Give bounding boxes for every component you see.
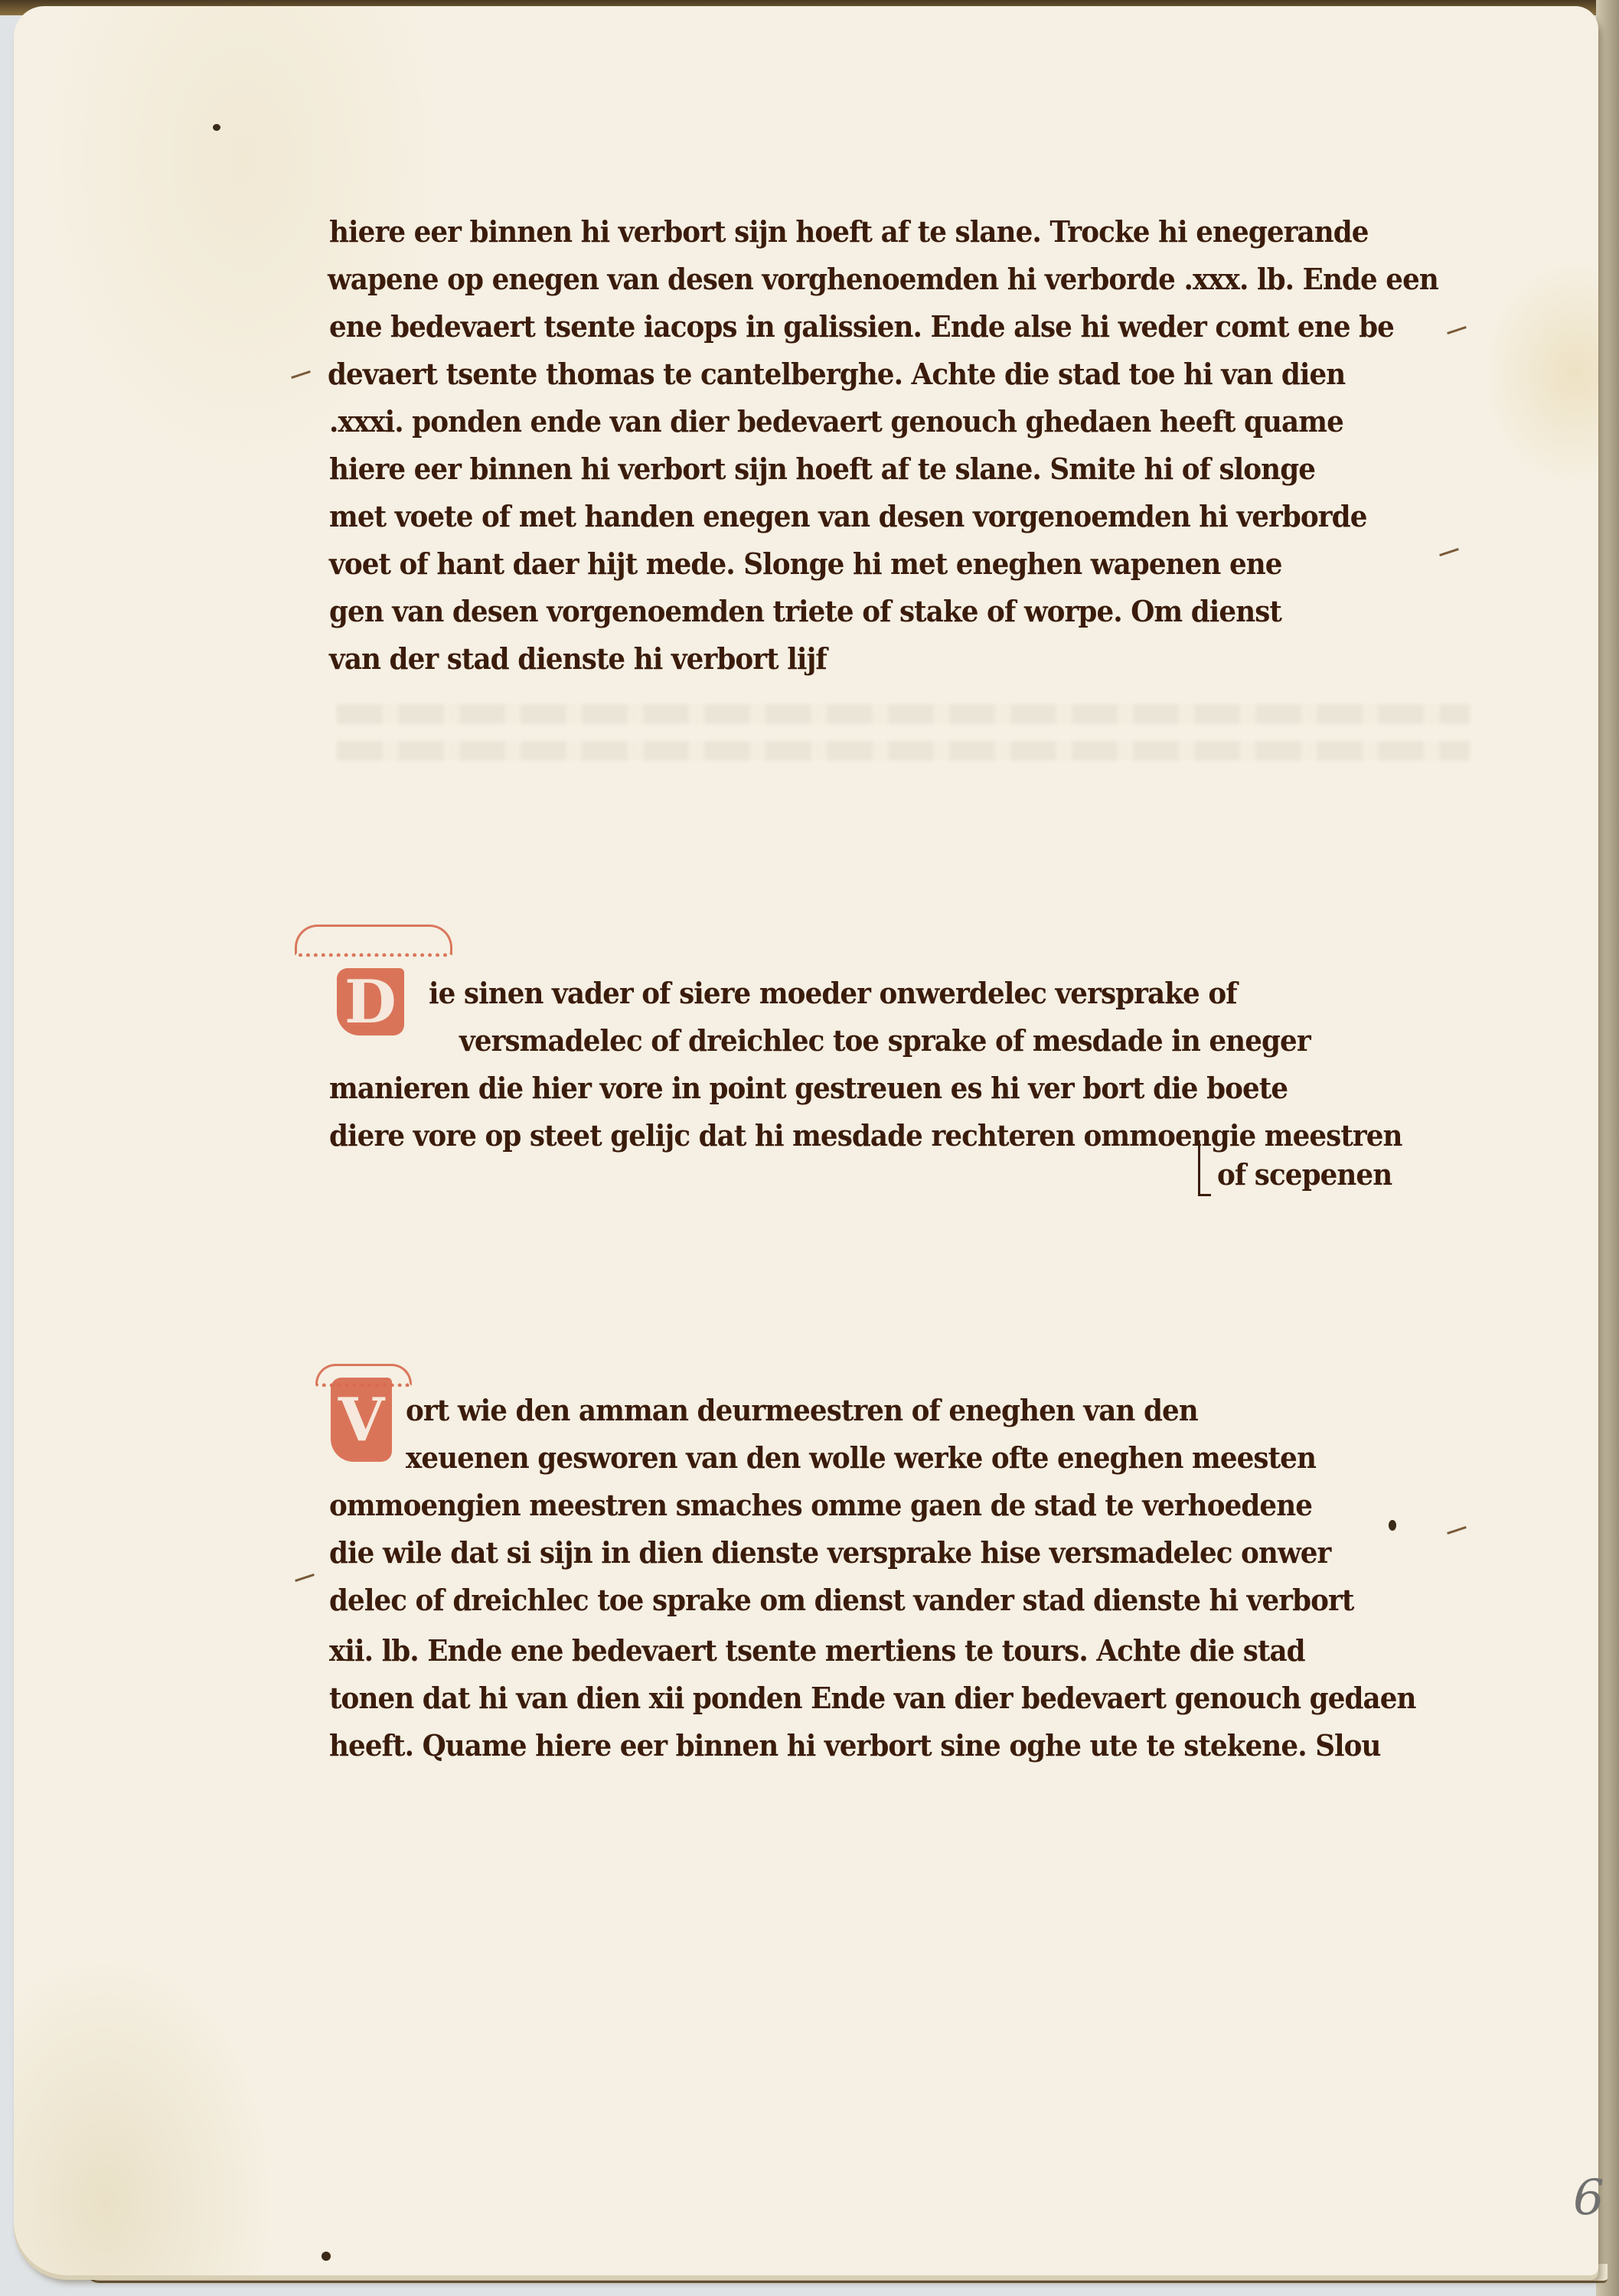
text-line: van der stad dienste hi verbort lijf [329,641,827,676]
text-line: diere vore op steet gelijc dat hi mesdad… [329,1118,1402,1153]
ink-dot [1389,1520,1396,1531]
text-line: ie sinen vader of siere moeder onwerdele… [429,976,1237,1010]
paper-speck [322,2252,331,2261]
text-bracket [1198,1140,1211,1196]
initial-flourish [295,925,452,957]
text-line: wapene op enegen van desen vorghenoemden… [328,262,1438,296]
text-line: ort wie den amman deurmeestren of eneghe… [406,1393,1198,1427]
text-line: met voete of met handen enegen van desen… [329,499,1367,533]
text-line: manieren die hier vore in point gestreue… [329,1071,1288,1105]
text-line: tonen dat hi van dien xii ponden Ende va… [329,1681,1416,1715]
text-line: delec of dreichlec toe sprake om dienst … [329,1583,1354,1617]
text-line: voet of hant daer hijt mede. Slonge hi m… [329,546,1282,581]
paper-speck [213,124,220,131]
text-line: die wile dat si sijn in dien dienste ver… [329,1535,1330,1570]
text-line: versmadelec of dreichlec toe sprake of m… [459,1023,1311,1058]
decorated-initial-v: V [331,1378,392,1462]
text-line-turnover: of scepenen [1217,1157,1392,1192]
text-line: xeuenen gesworen van den wolle werke oft… [406,1440,1316,1475]
decorated-initial-d: D [337,968,404,1035]
text-line: ommoengien meestren smaches omme gaen de… [329,1488,1312,1522]
text-line: gen van desen vorgenoemden triete of sta… [329,594,1281,628]
text-line: hiere eer binnen hi verbort sijn hoeft a… [329,452,1315,486]
text-line: .xxxi. ponden ende van dier bedevaert ge… [329,404,1343,439]
text-line: heeft. Quame hiere eer binnen hi verbort… [329,1728,1381,1763]
text-line: devaert tsente thomas te cantelberghe. A… [328,357,1345,391]
bleed-through-line [337,704,1470,724]
text-line: ene bedevaert tsente iacops in galissien… [329,309,1394,344]
text-line: xii. lb. Ende ene bedevaert tsente merti… [329,1633,1305,1668]
scan-backdrop-right [1596,0,1619,2296]
text-line: hiere eer binnen hi verbort sijn hoeft a… [329,214,1369,249]
bleed-through-line [337,741,1470,761]
folio-number: 6 [1573,2170,1604,2226]
